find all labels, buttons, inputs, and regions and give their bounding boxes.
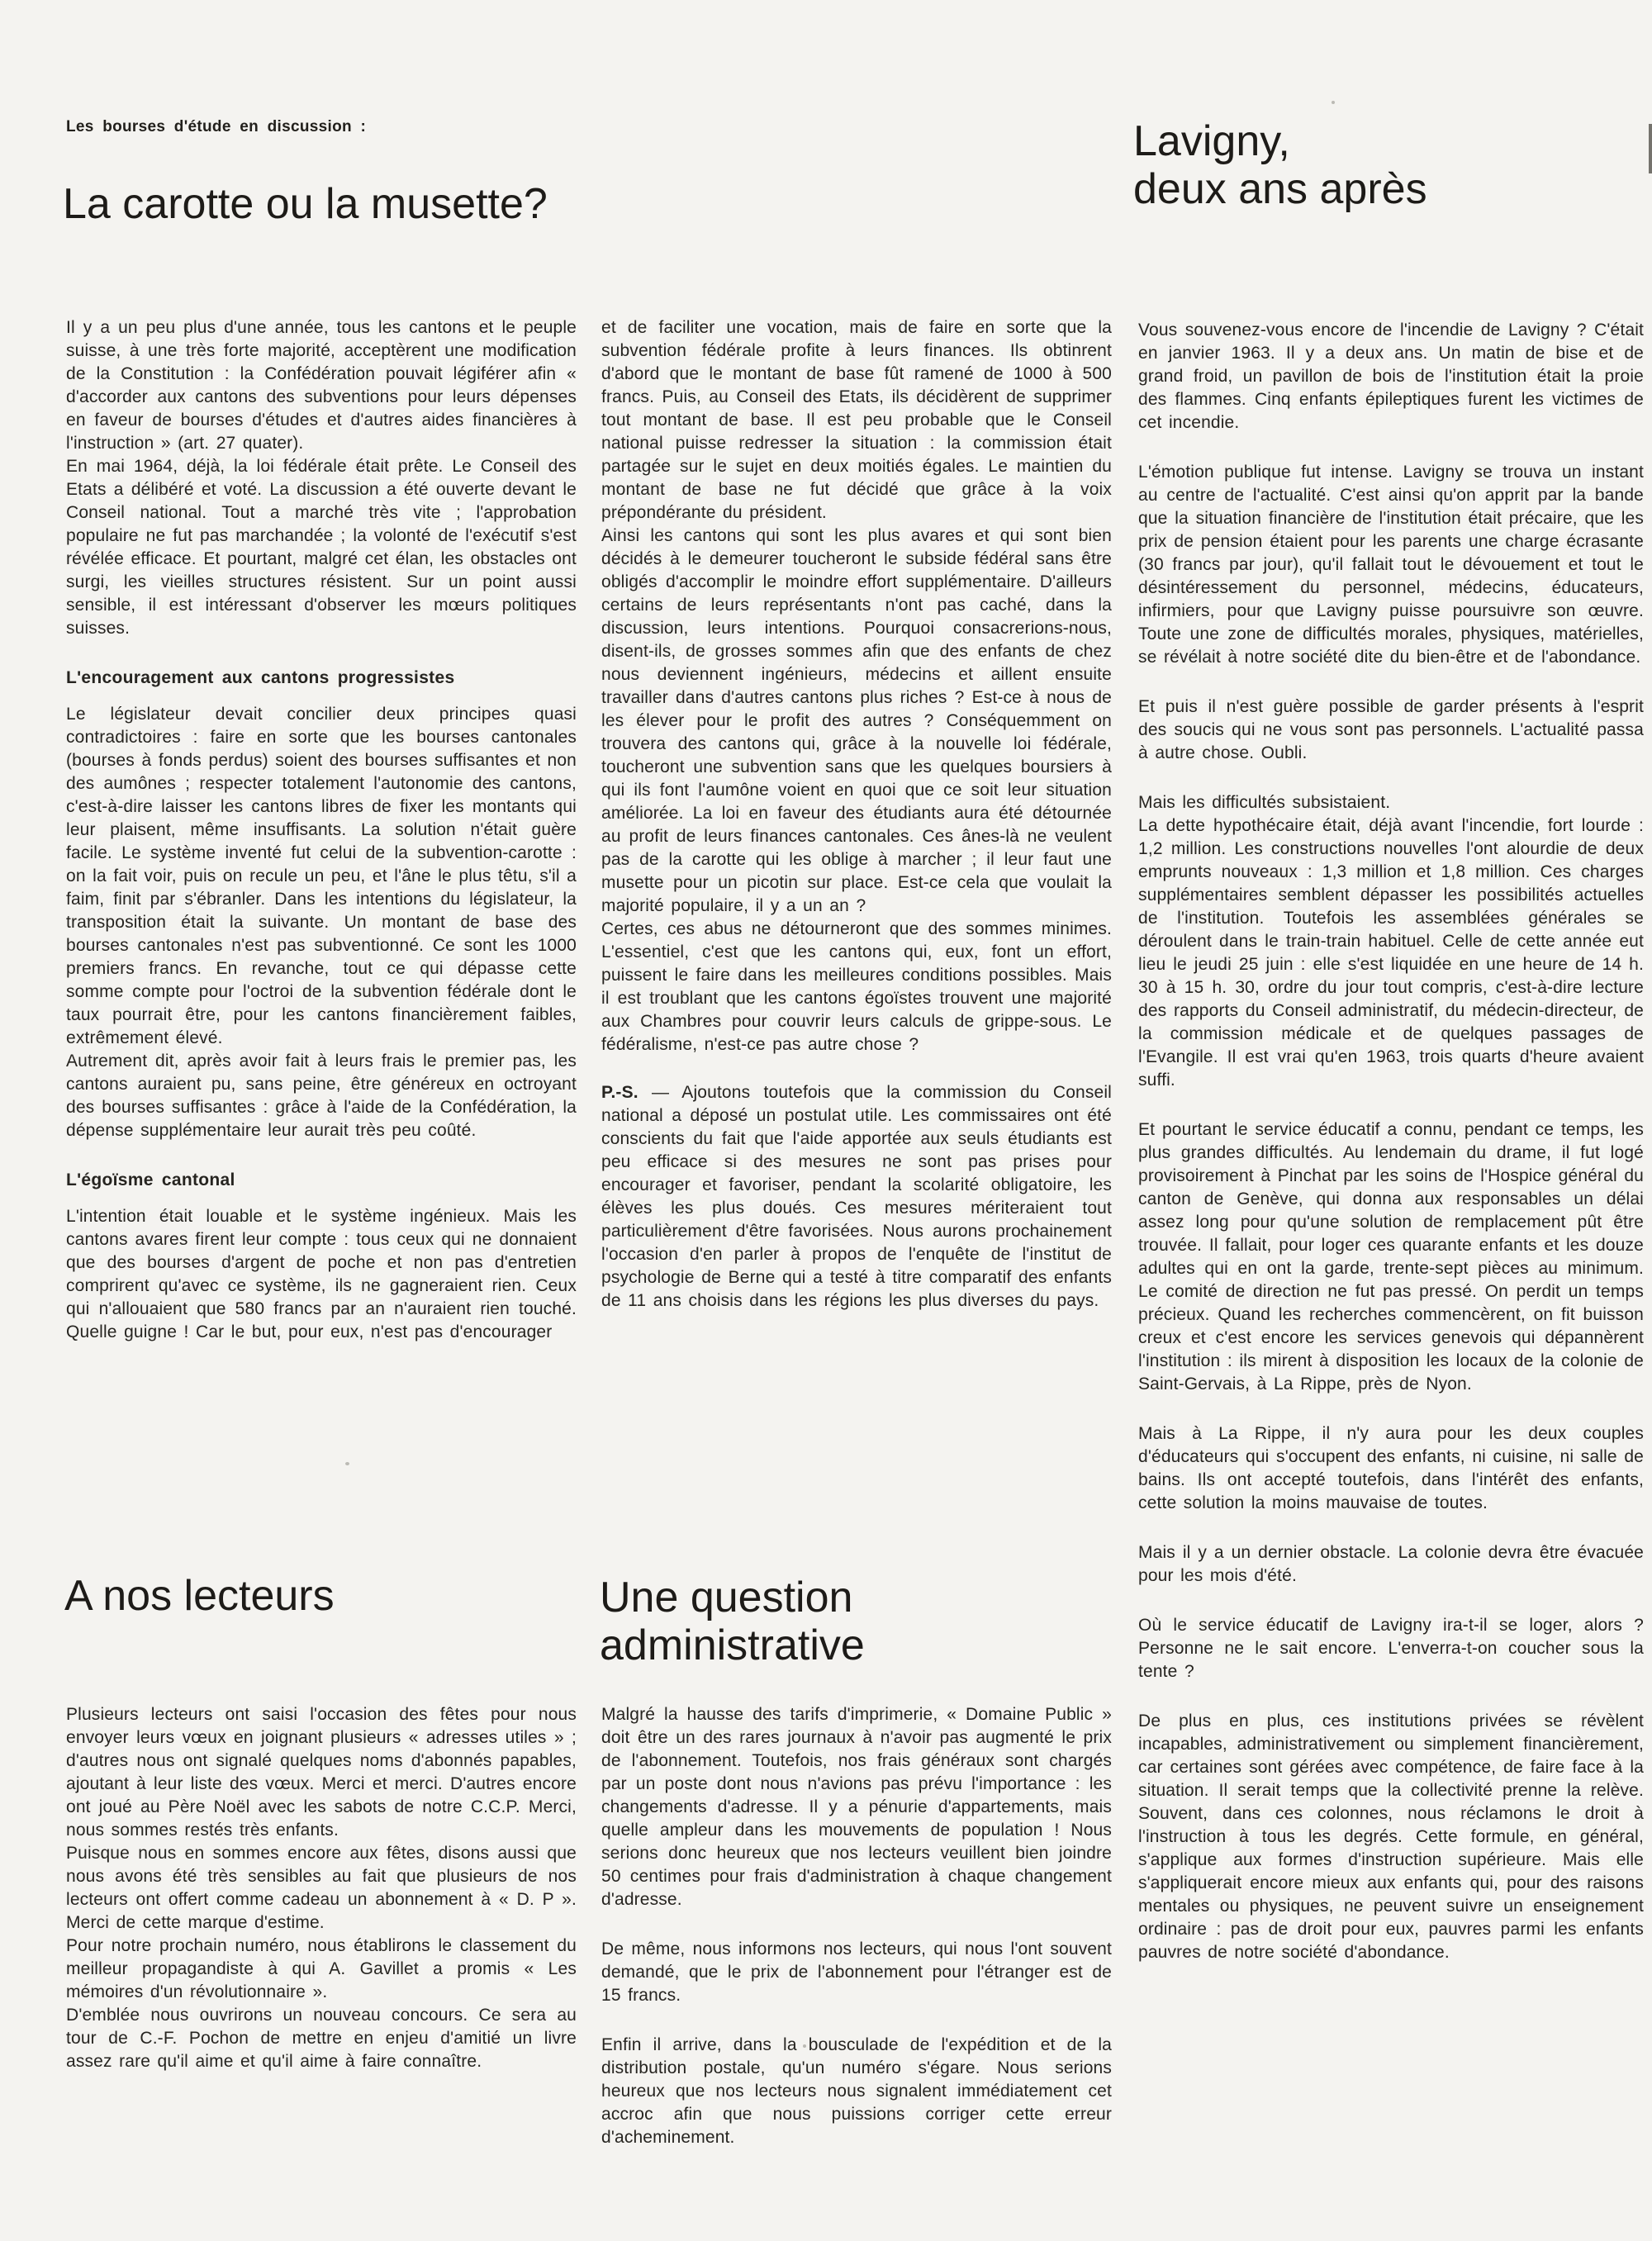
paragraph: Plusieurs lecteurs ont saisi l'occasion … <box>66 1703 577 1842</box>
headline-la-carotte: La carotte ou la musette? <box>63 180 548 228</box>
paragraph: Malgré la hausse des tarifs d'imprimerie… <box>601 1703 1112 1911</box>
paragraph: et de faciliter une vocation, mais de fa… <box>601 316 1112 525</box>
column-lecteurs: Plusieurs lecteurs ont saisi l'occasion … <box>66 1703 577 2073</box>
scan-speck <box>628 326 631 329</box>
paragraph: Et puis il n'est guère possible de garde… <box>1138 696 1644 765</box>
ps-label: P.-S. <box>601 1083 638 1102</box>
paragraph: Puisque nous en sommes encore aux fêtes,… <box>66 1842 577 1935</box>
paragraph: Vous souvenez-vous encore de l'incendie … <box>1138 319 1644 434</box>
headline-lavigny-line2: deux ans après <box>1133 165 1427 213</box>
paragraph: Autrement dit, après avoir fait à leurs … <box>66 1050 577 1142</box>
paragraph: Mais à La Rippe, il n'y aura pour les de… <box>1138 1422 1644 1515</box>
paragraph: Enfin il arrive, dans la bousculade de l… <box>601 2034 1112 2149</box>
paragraph: De même, nous informons nos lecteurs, qu… <box>601 1938 1112 2007</box>
scan-speck <box>1332 101 1335 104</box>
paragraph: D'emblée nous ouvrirons un nouveau conco… <box>66 2004 577 2073</box>
column-bourses-1: Il y a un peu plus d'une année, tous les… <box>66 316 577 1344</box>
headline-question-administrative: Une question administrative <box>600 1574 865 1669</box>
paragraph: Où le service éducatif de Lavigny ira-t-… <box>1138 1614 1644 1683</box>
paragraph: Ainsi les cantons qui sont les plus avar… <box>601 525 1112 918</box>
paragraph: Le législateur devait concilier deux pri… <box>66 703 577 1050</box>
scan-speck <box>345 1462 349 1465</box>
paragraph: De plus en plus, ces institutions privée… <box>1138 1710 1644 1964</box>
paragraph: L'intention était louable et le système … <box>66 1205 577 1344</box>
scan-edge-mark <box>1649 124 1652 173</box>
paragraph: La dette hypothécaire était, déjà avant … <box>1138 814 1644 1092</box>
column-lavigny: Vous souvenez-vous encore de l'incendie … <box>1138 319 1644 1991</box>
paragraph: Mais il y a un dernier obstacle. La colo… <box>1138 1541 1644 1588</box>
scan-speck <box>803 2044 806 2048</box>
paragraph: P.-S. — Ajoutons toutefois que la commis… <box>601 1081 1112 1313</box>
paragraph: Certes, ces abus ne détourneront que des… <box>601 918 1112 1056</box>
headline-admin-line1: Une question <box>600 1574 865 1621</box>
newspaper-page: Les bourses d'étude en discussion : La c… <box>0 0 1652 2241</box>
headline-lavigny-line1: Lavigny, <box>1133 117 1427 165</box>
paragraph: En mai 1964, déjà, la loi fédérale était… <box>66 455 577 640</box>
column-bourses-2: et de faciliter une vocation, mais de fa… <box>601 316 1112 1313</box>
section-subhead: L'encouragement aux cantons progressiste… <box>66 667 577 690</box>
paragraph: L'émotion publique fut intense. Lavigny … <box>1138 461 1644 669</box>
paragraph: Pour notre prochain numéro, nous établir… <box>66 1935 577 2004</box>
headline-lavigny: Lavigny, deux ans après <box>1133 117 1427 213</box>
paragraph: Il y a un peu plus d'une année, tous les… <box>66 316 577 455</box>
section-subhead: L'égoïsme cantonal <box>66 1169 577 1192</box>
paragraph: Mais les difficultés subsistaient. <box>1138 791 1644 814</box>
headline-a-nos-lecteurs: A nos lecteurs <box>64 1572 335 1620</box>
paragraph: Et pourtant le service éducatif a connu,… <box>1138 1118 1644 1396</box>
headline-admin-line2: administrative <box>600 1621 865 1669</box>
column-admin: Malgré la hausse des tarifs d'imprimerie… <box>601 1703 1112 2176</box>
kicker: Les bourses d'étude en discussion : <box>66 118 366 136</box>
